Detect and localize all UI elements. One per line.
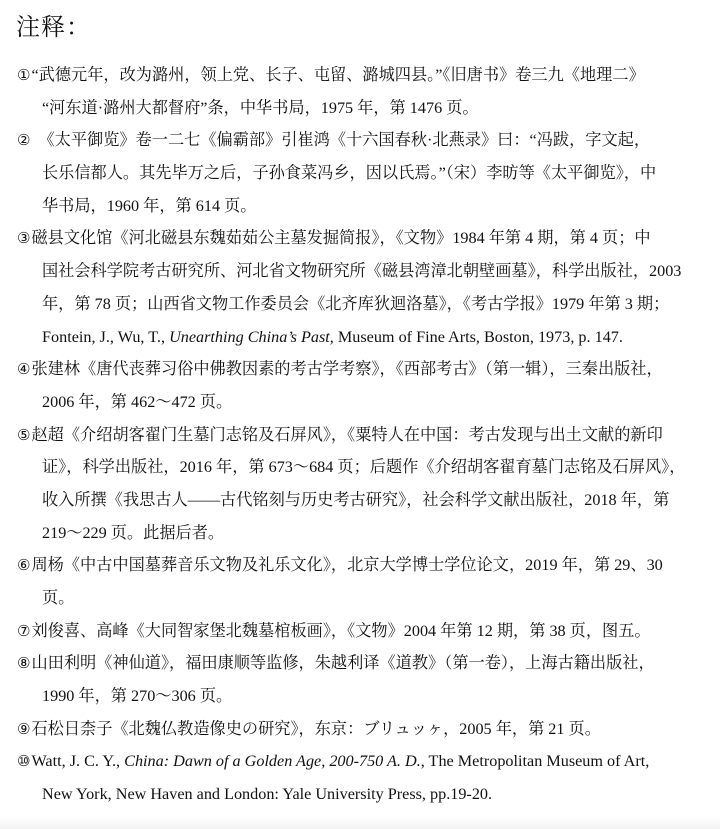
footnote-marker: ⑤ [17, 419, 30, 452]
footnote-line: 华书局，1960 年，第 614 页。 [0, 190, 720, 223]
footnote-line: ①“武德元年，改为潞州，领上党、长子、屯留、潞城四县。”《旧唐书》卷三九《地理二… [0, 59, 720, 92]
footnote-line: ④张建林《唐代丧葬习俗中佛教因素的考古学考察》，《西部考古》（第一辑），三秦出版… [0, 353, 720, 386]
footnote-line: Fontein, J., Wu, T., Unearthing China’s … [0, 321, 720, 354]
footnote-7: ⑦刘俊喜、高峰《大同智家堡北魏墓棺板画》，《文物》2004 年第 12 期，第 … [0, 615, 720, 648]
footnote-text: 周杨《中古中国墓葬音乐文物及礼乐文化》，北京大学博士学位论文，2019 年，第 … [31, 556, 662, 574]
footnote-line: ③磁县文化馆《河北磁县东魏茹茹公主墓发掘简报》，《文物》1984 年第 4 期，… [0, 222, 720, 255]
page-bottom-edge [0, 815, 720, 829]
document-page: 注释： ①“武德元年，改为潞州，领上党、长子、屯留、潞城四县。”《旧唐书》卷三九… [0, 0, 720, 829]
footnote-text: 石松日柰子《北魏仏教造像史の研究》，东京：ブリュッヶ，2005 年，第 21 页… [31, 720, 600, 738]
footnote-text: 刘俊喜、高峰《大同智家堡北魏墓棺板画》，《文物》2004 年第 12 期，第 3… [31, 622, 650, 640]
footnote-marker: ⑦ [17, 615, 30, 648]
footnote-line: ② 《太平御览》卷一二七《偏霸部》引崔鸿《十六国春秋·北燕录》曰：“冯跋，字文起… [0, 124, 720, 157]
footnote-text: “河东道·潞州大都督府”条，中华书局，1975 年，第 1476 页。 [42, 99, 479, 117]
footnote-text: , Museum of Fine Arts, Boston, 1973, p. … [330, 328, 623, 346]
footnote-line: ⑧山田利明《神仙道》，福田康顺等监修，朱越利译《道教》（第一卷），上海古籍出版社… [0, 647, 720, 680]
footnote-text: 页。 [42, 589, 74, 607]
footnote-line: ⑥周杨《中古中国墓葬音乐文物及礼乐文化》，北京大学博士学位论文，2019 年，第… [0, 549, 720, 582]
footnote-marker: ② [17, 124, 30, 157]
footnote-marker: ⑨ [17, 713, 30, 746]
footnote-line: ⑩Watt, J. C. Y., China: Dawn of a Golden… [0, 745, 720, 778]
footnote-text: Fontein, J., Wu, T., [42, 328, 169, 346]
footnote-text: 年，第 78 页；山西省文物工作委员会《北齐库狄迴洛墓》，《考古学报》1979 … [42, 295, 669, 313]
footnote-marker: ① [17, 59, 30, 92]
footnote-9: ⑨石松日柰子《北魏仏教造像史の研究》，东京：ブリュッヶ，2005 年，第 21 … [0, 713, 720, 746]
footnote-line: ⑨石松日柰子《北魏仏教造像史の研究》，东京：ブリュッヶ，2005 年，第 21 … [0, 713, 720, 746]
footnote-text: 219～229 页。此据后者。 [42, 524, 224, 542]
footnote-5: ⑤赵超《介绍胡客翟门生墓门志铭及石屏风》，《粟特人在中国：考古发现与出土文献的新… [0, 419, 720, 550]
footnote-marker: ④ [17, 353, 30, 386]
footnote-marker: ⑩ [17, 745, 30, 778]
footnote-text: New York, New Haven and London: Yale Uni… [42, 785, 492, 803]
footnote-text: 磁县文化馆《河北磁县东魏茹茹公主墓发掘简报》，《文物》1984 年第 4 期，第… [31, 229, 650, 247]
notes-heading: 注释： [16, 12, 91, 44]
footnote-text: 赵超《介绍胡客翟门生墓门志铭及石屏风》，《粟特人在中国：考古发现与出土文献的新印 [31, 426, 662, 444]
footnote-10: ⑩Watt, J. C. Y., China: Dawn of a Golden… [0, 745, 720, 810]
footnote-line: 页。 [0, 582, 720, 615]
footnote-text: 国社会科学院考古研究所、河北省文物研究所《磁县湾漳北朝壁画墓》，科学出版社，20… [42, 262, 681, 280]
footnote-text: 证》，科学出版社，2016 年，第 673～684 页；后题作《介绍胡客翟育墓门… [42, 458, 685, 476]
footnote-6: ⑥周杨《中古中国墓葬音乐文物及礼乐文化》，北京大学博士学位论文，2019 年，第… [0, 549, 720, 614]
footnote-text: 华书局，1960 年，第 614 页。 [42, 197, 256, 215]
footnote-line: 证》，科学出版社，2016 年，第 673～684 页；后题作《介绍胡客翟育墓门… [0, 451, 720, 484]
footnote-line: ⑤赵超《介绍胡客翟门生墓门志铭及石屏风》，《粟特人在中国：考古发现与出土文献的新… [0, 419, 720, 452]
footnote-line: 收入所撰《我思古人——古代铭刻与历史考古研究》，社会科学文献出版社，2018 年… [0, 484, 720, 517]
footnote-italic-title: China: Dawn of a Golden Age, 200-750 A. … [124, 752, 421, 770]
footnote-line: 2006 年，第 462～472 页。 [0, 386, 720, 419]
footnote-line: “河东道·潞州大都督府”条，中华书局，1975 年，第 1476 页。 [0, 92, 720, 125]
footnote-text: 收入所撰《我思古人——古代铭刻与历史考古研究》，社会科学文献出版社，2018 年… [42, 491, 669, 509]
footnote-line: 国社会科学院考古研究所、河北省文物研究所《磁县湾漳北朝壁画墓》，科学出版社，20… [0, 255, 720, 288]
footnote-text: 张建林《唐代丧葬习俗中佛教因素的考古学考察》，《西部考古》（第一辑），三秦出版社… [31, 360, 662, 378]
footnote-text: Watt, J. C. Y., [31, 752, 124, 770]
footnote-2: ② 《太平御览》卷一二七《偏霸部》引崔鸿《十六国春秋·北燕录》曰：“冯跋，字文起… [0, 124, 720, 222]
footnote-marker: ⑥ [17, 549, 30, 582]
footnote-line: 年，第 78 页；山西省文物工作委员会《北齐库狄迴洛墓》，《考古学报》1979 … [0, 288, 720, 321]
footnote-text: 长乐信都人。其先毕万之后，子孙食菜冯乡，因以氏焉。”（宋）李昉等《太平御览》，中 [42, 164, 656, 182]
footnote-line: 长乐信都人。其先毕万之后，子孙食菜冯乡，因以氏焉。”（宋）李昉等《太平御览》，中 [0, 157, 720, 190]
footnote-marker: ③ [17, 222, 30, 255]
footnote-4: ④张建林《唐代丧葬习俗中佛教因素的考古学考察》，《西部考古》（第一辑），三秦出版… [0, 353, 720, 418]
footnote-text: 山田利明《神仙道》，福田康顺等监修，朱越利译《道教》（第一卷），上海古籍出版社， [31, 654, 654, 672]
footnote-1: ①“武德元年，改为潞州，领上党、长子、屯留、潞城四县。”《旧唐书》卷三九《地理二… [0, 59, 720, 124]
footnote-text: “武德元年，改为潞州，领上党、长子、屯留、潞城四县。”《旧唐书》卷三九《地理二》 [31, 66, 644, 84]
footnote-text: , The Metropolitan Museum of Art, [421, 752, 650, 770]
footnote-italic-title: Unearthing China’s Past [169, 328, 330, 346]
footnote-marker: ⑧ [17, 647, 30, 680]
footnote-3: ③磁县文化馆《河北磁县东魏茹茹公主墓发掘简报》，《文物》1984 年第 4 期，… [0, 222, 720, 353]
footnote-text: 1990 年，第 270～306 页。 [42, 687, 232, 705]
footnotes-list: ①“武德元年，改为潞州，领上党、长子、屯留、潞城四县。”《旧唐书》卷三九《地理二… [0, 59, 720, 811]
footnote-line: 219～229 页。此据后者。 [0, 517, 720, 550]
footnote-text: 《太平御览》卷一二七《偏霸部》引崔鸿《十六国春秋·北燕录》曰：“冯跋，字文起， [34, 131, 650, 149]
footnote-line: 1990 年，第 270～306 页。 [0, 680, 720, 713]
footnote-8: ⑧山田利明《神仙道》，福田康顺等监修，朱越利译《道教》（第一卷），上海古籍出版社… [0, 647, 720, 712]
footnote-line: New York, New Haven and London: Yale Uni… [0, 778, 720, 811]
footnote-text: 2006 年，第 462～472 页。 [42, 393, 232, 411]
footnote-line: ⑦刘俊喜、高峰《大同智家堡北魏墓棺板画》，《文物》2004 年第 12 期，第 … [0, 615, 720, 648]
